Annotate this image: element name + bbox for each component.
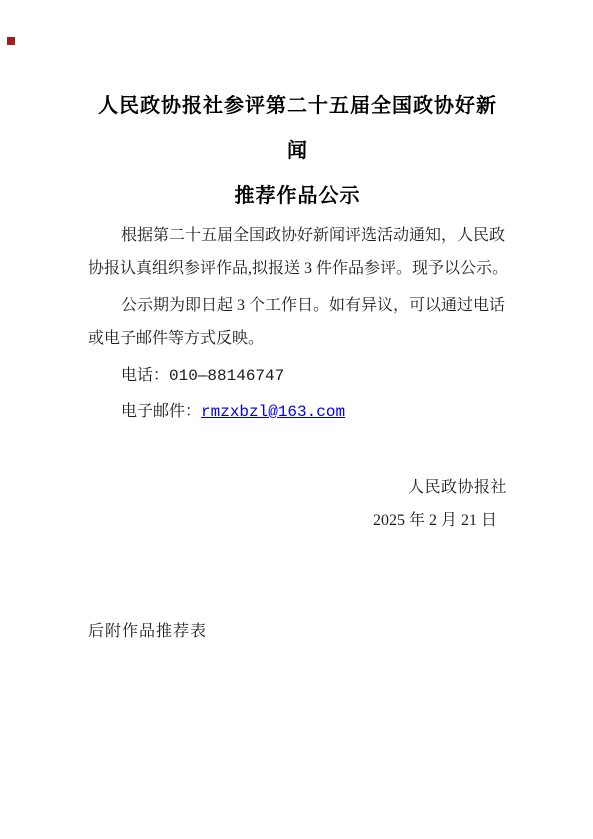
paragraph-2-line-2: 或电子邮件等方式反映。 [88, 322, 507, 355]
phone-line: 电话：010—88146747 [88, 359, 507, 393]
title-line-2: 推荐作品公示 [88, 174, 507, 219]
attachment-note: 后附作品推荐表 [88, 615, 507, 648]
email-label: 电子邮件： [121, 403, 201, 420]
paragraph-1-line-2: 协报认真组织参评作品,拟报送 3 件作品参评。现予以公示。 [88, 252, 507, 285]
paragraph-1: 根据第二十五届全国政协好新闻评选活动通知，人民政 协报认真组织参评作品,拟报送 … [88, 219, 507, 285]
document-title: 人民政协报社参评第二十五届全国政协好新闻 推荐作品公示 [88, 84, 507, 219]
email-link[interactable]: rmzxbzl@163.com [201, 403, 345, 421]
paragraph-1-line-1: 根据第二十五届全国政协好新闻评选活动通知，人民政 [88, 219, 507, 252]
paragraph-2-line-1: 公示期为即日起 3 个工作日。如有异议，可以通过电话 [88, 289, 507, 322]
document-page: 人民政协报社参评第二十五届全国政协好新闻 推荐作品公示 根据第二十五届全国政协好… [0, 0, 593, 839]
title-line-1: 人民政协报社参评第二十五届全国政协好新闻 [88, 84, 507, 174]
red-corner-mark [7, 37, 15, 45]
signature: 人民政协报社 [88, 471, 507, 504]
date: 2025 年 2 月 21 日 [88, 504, 507, 537]
paragraph-2: 公示期为即日起 3 个工作日。如有异议，可以通过电话 或电子邮件等方式反映。 [88, 289, 507, 355]
document-body: 根据第二十五届全国政协好新闻评选活动通知，人民政 协报认真组织参评作品,拟报送 … [88, 219, 507, 648]
phone-number: 010—88146747 [169, 367, 284, 385]
email-line: 电子邮件：rmzxbzl@163.com [88, 395, 507, 429]
notice-document: 人民政协报社参评第二十五届全国政协好新闻 推荐作品公示 根据第二十五届全国政协好… [0, 84, 593, 648]
phone-label: 电话： [121, 367, 169, 384]
